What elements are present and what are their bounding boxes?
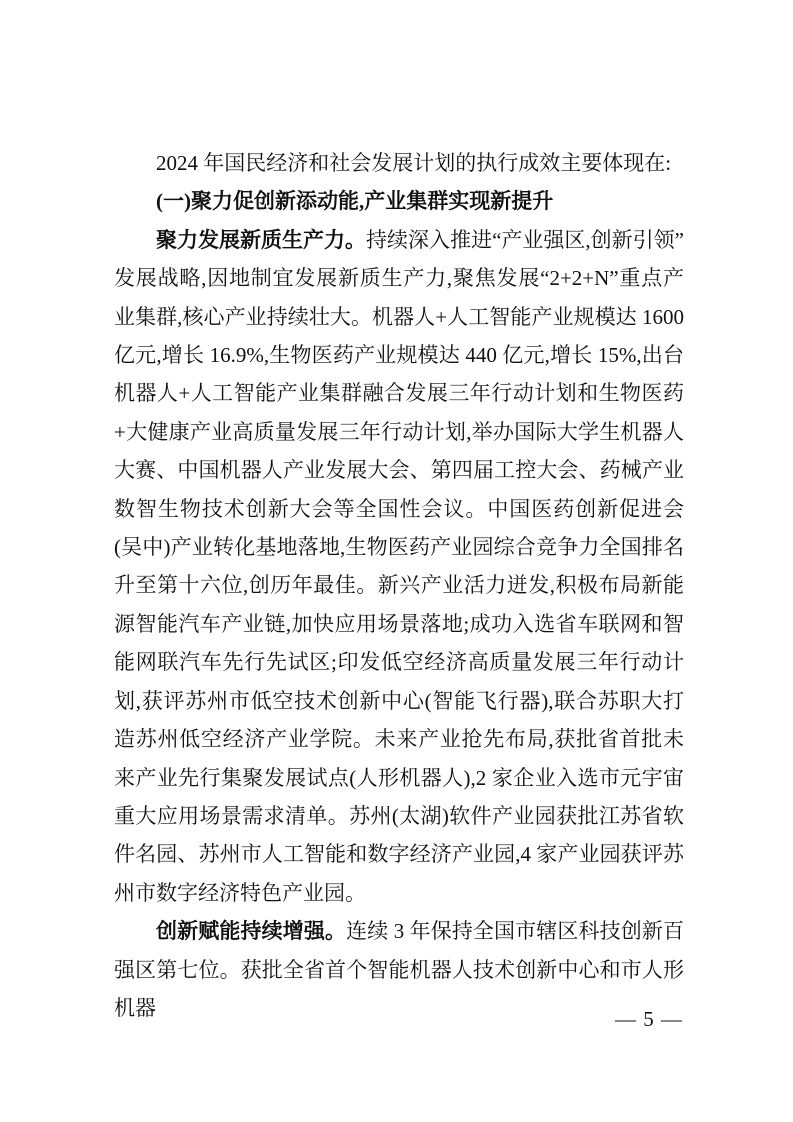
page-number: — 5 — [615,1000,683,1038]
document-body: 2024 年国民经济和社会发展计划的执行成效主要体现在: (一)聚力促创新添动能… [114,144,684,1027]
paragraph-lead: 创新赋能持续增强。 [156,919,346,943]
paragraph-lead: 聚力发展新质生产力。 [156,228,366,252]
paragraph: 聚力发展新质生产力。持续深入推进“产业强区,创新引领”发展战略,因地制宜发展新质… [114,221,684,912]
intro-line: 2024 年国民经济和社会发展计划的执行成效主要体现在: [114,144,684,182]
section-heading: (一)聚力促创新添动能,产业集群实现新提升 [114,182,684,220]
paragraph-body: 持续深入推进“产业强区,创新引领”发展战略,因地制宜发展新质生产力,聚焦发展“2… [114,228,684,905]
document-page: 2024 年国民经济和社会发展计划的执行成效主要体现在: (一)聚力促创新添动能… [0,0,793,1122]
paragraph: 创新赋能持续增强。连续 3 年保持全国市辖区科技创新百强区第七位。获批全省首个智… [114,912,684,1027]
